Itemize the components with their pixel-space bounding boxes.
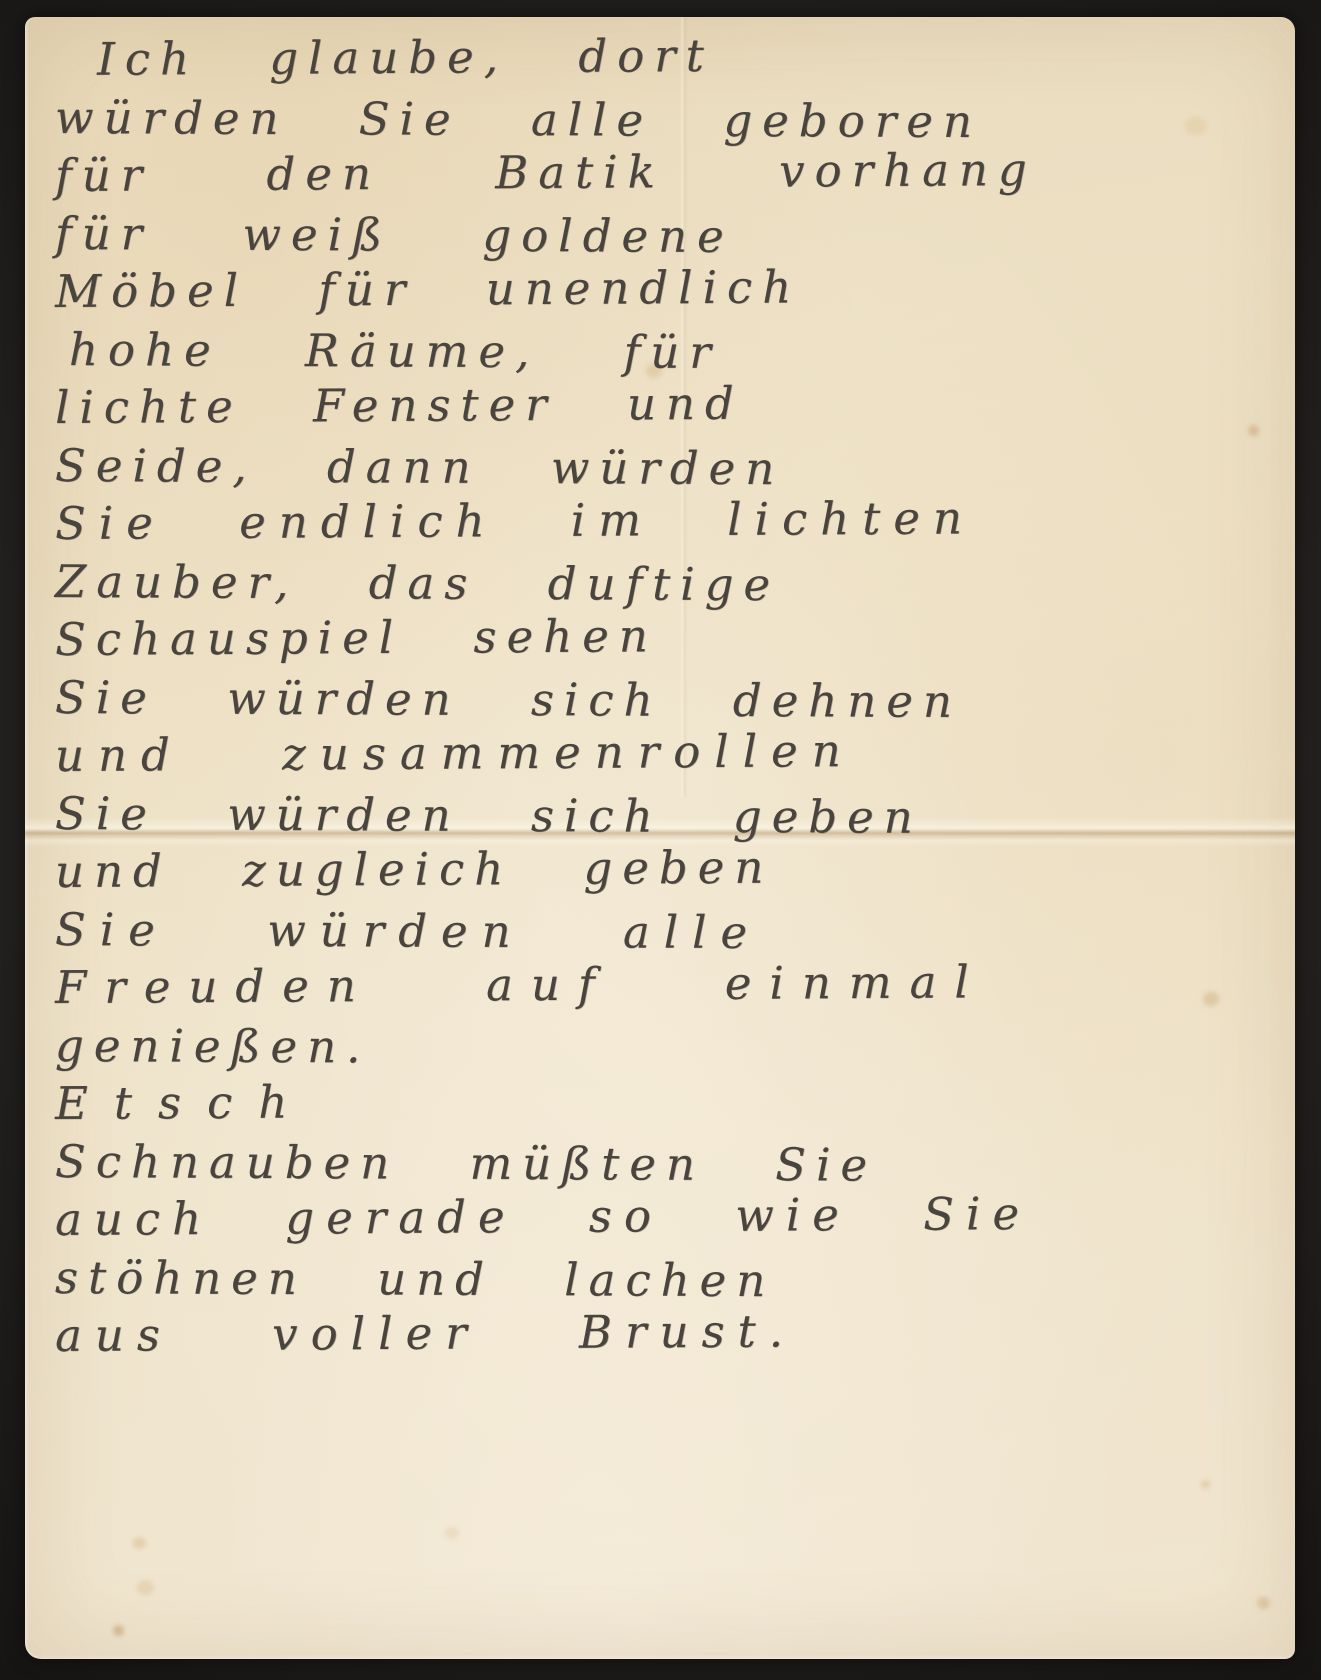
handwritten-line: und zusammenrollen: [55, 720, 1249, 785]
handwritten-line: Etsch: [55, 1068, 1249, 1133]
handwritten-line: lichte Fenster und: [55, 372, 1249, 437]
letter-text-block: Ich glaube, dort würden Sie alle geboren…: [55, 31, 1249, 1365]
handwritten-line: Ich glaube, dort: [55, 24, 1249, 89]
handwritten-line: Möbel für unendlich: [55, 256, 1249, 321]
foxing-spot: [133, 1537, 146, 1549]
foxing-spot: [1257, 1597, 1270, 1609]
foxing-spot: [445, 1527, 459, 1539]
handwritten-line: aus voller Brust.: [55, 1300, 1249, 1365]
foxing-spot: [113, 1625, 124, 1636]
foxing-spot: [137, 1580, 154, 1595]
handwritten-line: auch gerade so wie Sie: [55, 1184, 1249, 1249]
handwritten-line: Freuden auf einmal: [55, 952, 1249, 1017]
foxing-spot: [1201, 1480, 1210, 1489]
letter-paper: Ich glaube, dort würden Sie alle geboren…: [25, 17, 1295, 1659]
handwritten-line: Schauspiel sehen: [55, 604, 1249, 669]
handwritten-line: Sie endlich im lichten: [55, 488, 1249, 553]
handwritten-line: und zugleich geben: [55, 836, 1249, 901]
handwritten-line: für den Batik vorhang: [55, 140, 1249, 205]
foxing-spot: [1248, 425, 1259, 436]
